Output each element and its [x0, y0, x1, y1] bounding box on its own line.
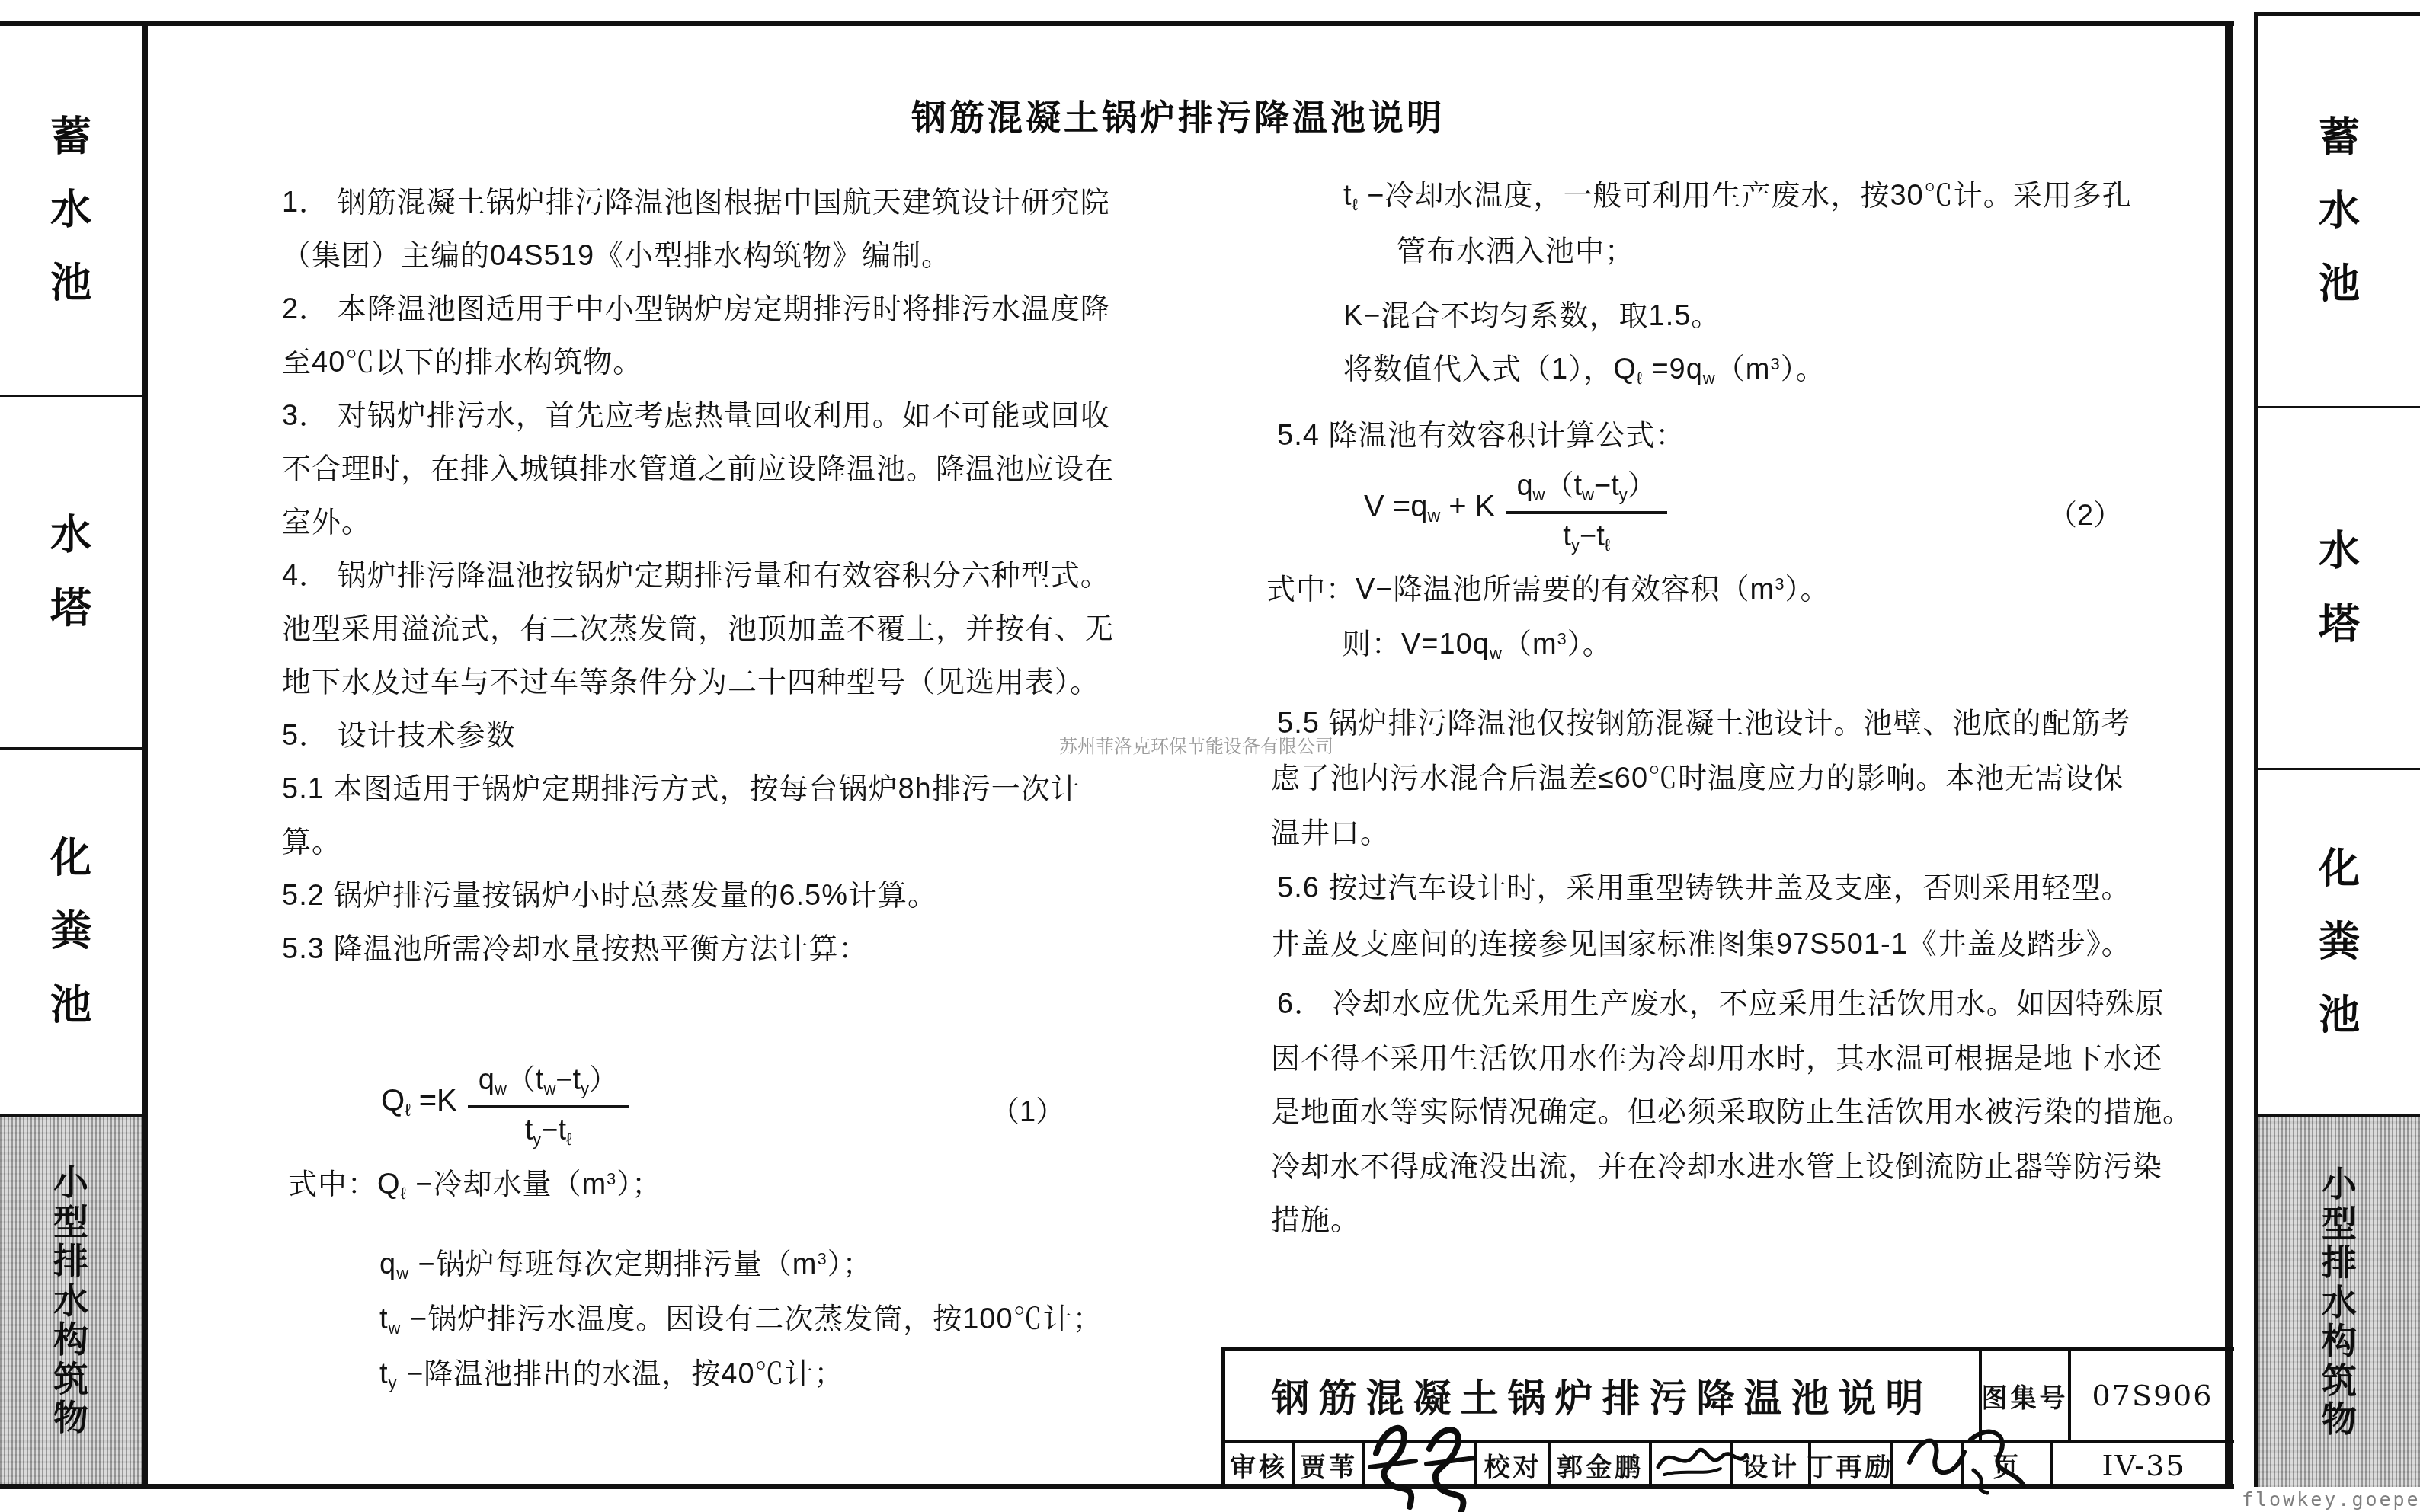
sidebar-item-water-tower: 水塔: [0, 397, 142, 747]
sidebar-label: 水塔: [2318, 515, 2361, 661]
note-line: 井盖及支座间的连接参见国家标准图集97S501-1《井盖及踏步》。: [1271, 920, 2131, 962]
note-line: 虑了池内污水混合后温差≤60℃时温度应力的影响。本池无需设保: [1271, 754, 2124, 796]
sidebar-label: 小型排水构筑物: [2321, 1165, 2358, 1440]
note-line: 5.5 锅炉排污降温池仅按钢筋混凝土池设计。池壁、池底的配筋考: [1277, 699, 2130, 741]
note-line: 温井口。: [1271, 809, 1390, 851]
proofreader-signature: [1653, 1435, 1749, 1482]
sidebar-label: 化粪池: [2318, 833, 2361, 1052]
sidebar-item-septic-tank: 化粪池: [2258, 770, 2420, 1114]
note-line: 5.3 降温池所需冷却水量按热平衡方法计算：: [282, 925, 868, 967]
sidebar-label: 蓄水池: [50, 101, 93, 320]
note-line: K−混合不均匀系数，取1.5。: [1343, 292, 1721, 334]
note-line: 措施。: [1271, 1196, 1360, 1238]
proofreader-name: 郭金鹏: [1551, 1443, 1652, 1487]
fraction-numerator: qw（tw−ty）: [1506, 462, 1666, 514]
note-line: 管布水洒入池中；: [1397, 227, 1634, 269]
note-line: 池型采用溢流式，有二次蒸发筒，池顶加盖不覆土，并按有、无: [282, 605, 1114, 647]
note-line: 将数值代入式（1），Qℓ =9qw（m3）。: [1343, 345, 1826, 388]
note-line: 2． 本降温池图适用于中小型锅炉房定期排污时将排污水温度降: [282, 285, 1110, 327]
note-line: 冷却水不得成淹没出流，并在冷却水进水管上设倒流防止器等防污染: [1271, 1143, 2162, 1184]
formula-lhs: Qℓ =K: [381, 1084, 457, 1120]
note-line: tw −锅炉排污水温度。因设有二次蒸发筒，按100℃计；: [379, 1295, 1103, 1338]
note-line: 算。: [282, 818, 341, 860]
sidebar-label: 蓄水池: [2318, 101, 2361, 321]
formula-lhs: V =qw + K: [1364, 490, 1495, 526]
sidebar-item-water-tower: 水塔: [2258, 408, 2420, 768]
note-line: 式中：V−降温池所需要的有效容积（m3）。: [1266, 565, 1829, 607]
note-line: 至40℃以下的排水构筑物。: [282, 338, 642, 380]
note-line: 式中：Qℓ −冷却水量（m3）；: [288, 1160, 661, 1204]
note-line: 是地面水等实际情况确定。但必须采取防止生活饮用水被污染的措施。: [1271, 1088, 2192, 1130]
note-line: （集团）主编的04S519《小型排水构筑物》编制。: [282, 232, 951, 273]
equation-number: （1）: [991, 1088, 1064, 1130]
note-line: 因不得不采用生活饮用水作为冷却用水时，其水温可根据是地下水还: [1271, 1034, 2162, 1076]
note-line: 室外。: [282, 498, 371, 540]
sidebar-item-small-drainage-structures: 小型排水构筑物: [2258, 1117, 2420, 1487]
note-line: qw −锅炉每班每次定期排污量（m3）；: [379, 1240, 872, 1283]
frame-left-line: [142, 21, 148, 1489]
fraction: qw（tw−ty） ty−tℓ: [1506, 462, 1666, 555]
page-number-value: IV-35: [2053, 1443, 2234, 1487]
fraction-denominator: ty−tℓ: [1563, 514, 1609, 555]
note-line: tℓ −冷却水温度，一般可利用生产废水，按30℃计。采用多孔: [1343, 171, 2132, 215]
note-line: 3． 对锅炉排污水，首先应考虑热量回收利用。如不可能或回收: [282, 392, 1110, 433]
sidebar-item-storage-pool: 蓄水池: [2258, 16, 2420, 406]
sidebar-item-small-drainage-structures: 小型排水构筑物: [0, 1117, 142, 1484]
equation-number: （2）: [2048, 491, 2122, 533]
sidebar-label: 水塔: [50, 499, 93, 645]
document-page: 蓄水池 水塔 化粪池 小型排水构筑物 蓄水池 水塔 化粪池 小型排水构筑物 钢筋…: [0, 0, 2420, 1512]
frame-right-line: [2225, 21, 2233, 1489]
note-line: 5.2 锅炉排污量按锅炉小时总蒸发量的6.5%计算。: [282, 871, 937, 913]
note-line: ty −降温池排出的水温，按40℃计；: [379, 1350, 844, 1393]
note-line: 5.4 降温池有效容积计算公式：: [1277, 411, 1685, 453]
website-watermark: flowkey.goepe.com: [2242, 1488, 2420, 1510]
sidebar-label: 化粪池: [50, 822, 93, 1041]
reviewer-signature: [1362, 1414, 1486, 1512]
reviewer-name: 贾苇: [1295, 1443, 1365, 1487]
note-line: 6． 冷却水应优先采用生产废水，不应采用生活饮用水。如因特殊原: [1277, 980, 2165, 1021]
proofreader-label: 校对: [1477, 1443, 1551, 1487]
designer-name: 丁再励: [1811, 1443, 1893, 1487]
page-title: 钢筋混凝土锅炉排污降温池说明: [911, 90, 1445, 140]
frame-top-line: [0, 21, 2234, 26]
note-line: 地下水及过车与不过车等条件分为二十四种型号（见选用表）。: [282, 658, 1100, 700]
note-line: 不合理时，在排入城镇排水管道之前应设降温池。降温池应设在: [282, 445, 1114, 487]
sidebar-label: 小型排水构筑物: [53, 1163, 89, 1438]
fraction: qw（tw−ty） ty−tℓ: [468, 1056, 629, 1149]
designer-signature: [1900, 1417, 2036, 1496]
fraction-numerator: qw（tw−ty）: [468, 1056, 629, 1108]
sidebar-item-storage-pool: 蓄水池: [0, 26, 142, 395]
reviewer-label: 审核: [1225, 1443, 1295, 1487]
company-watermark: 苏州菲洛克环保节能设备有限公司: [1059, 731, 1333, 758]
formula-effective-volume: V =qw + K qw（tw−ty） ty−tℓ: [1364, 462, 1667, 555]
atlas-number-value: 07S906: [2071, 1351, 2234, 1440]
title-block-title: 钢筋混凝土锅炉排污降温池说明: [1225, 1351, 1982, 1440]
note-line: 5． 设计技术参数: [282, 711, 516, 753]
note-line: 5.6 按过汽车设计时，采用重型铸铁井盖及支座，否则采用轻型。: [1277, 864, 2130, 906]
note-line: 则：V=10qw（m3）。: [1342, 620, 1612, 663]
note-line: 5.1 本图适用于锅炉定期排污方式，按每台锅炉8h排污一次计: [282, 765, 1080, 807]
formula-cooling-water: Qℓ =K qw（tw−ty） ty−tℓ: [381, 1056, 629, 1149]
note-line: 1． 钢筋混凝土锅炉排污降温池图根据中国航天建筑设计研究院: [282, 178, 1110, 220]
fraction-denominator: ty−tℓ: [525, 1108, 571, 1149]
note-line: 4． 锅炉排污降温池按锅炉定期排污量和有效容积分六种型式。: [282, 551, 1110, 593]
sidebar-item-septic-tank: 化粪池: [0, 750, 142, 1114]
